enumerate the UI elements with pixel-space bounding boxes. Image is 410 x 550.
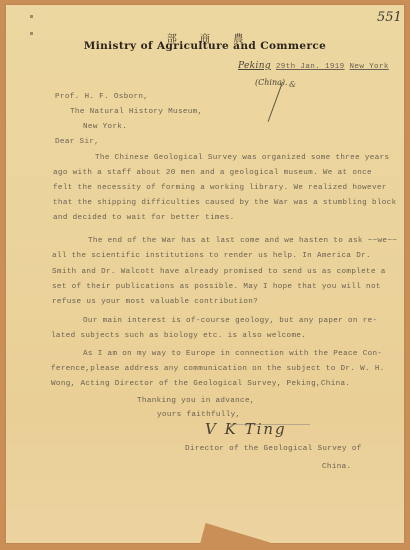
signature: V K Ting	[205, 420, 287, 438]
dateline-place-handwritten: Peking	[238, 61, 271, 71]
body-line: Wong, Acting Director of the Geological …	[51, 380, 350, 388]
body-line: ago with a staff about 20 men and a geol…	[53, 169, 372, 177]
recipient-name: Prof. H. F. Osborn,	[55, 93, 148, 101]
dateline-place-typed: New York	[350, 63, 389, 71]
punch-mark	[30, 15, 33, 18]
body-line: lated subjects such as biology etc. is a…	[51, 332, 306, 340]
letterhead-title: Ministry of Agriculture and Commerce	[0, 40, 410, 52]
body-line: ference,please address any communication…	[51, 365, 385, 373]
body-line: Smith and Dr. Walcott have already promi…	[52, 268, 386, 276]
body-line: refuse us your most valuable contributio…	[52, 298, 258, 306]
body-line: As I am on my way to Europe in connectio…	[83, 350, 382, 358]
salutation: Dear Sir,	[55, 138, 99, 146]
signatory-title: Director of the Geological Survey of	[185, 445, 362, 453]
closing-thanks: Thanking you in advance,	[137, 397, 255, 405]
dateline-date: 29th Jan. 1919	[276, 63, 345, 71]
recipient-institution: The Natural History Museum,	[70, 108, 203, 116]
body-line: and decided to wait for better times.	[53, 214, 235, 222]
body-line: The end of the War has at last come and …	[88, 237, 397, 245]
body-line: that the shipping difficulties caused by…	[53, 199, 397, 207]
closing-valediction: yours faithfully,	[157, 411, 240, 419]
body-line: set of their publications as possible. M…	[52, 283, 381, 291]
body-line: all the scientific institutions to rende…	[52, 252, 371, 260]
body-line: felt the necessity of forming a working …	[53, 184, 387, 192]
body-line: Our main interest is of-course geology, …	[83, 317, 377, 325]
signatory-title-country: China.	[322, 463, 351, 471]
dateline: Peking 29th Jan. 1919 New York	[238, 61, 389, 71]
body-line: The Chinese Geological Survey was organi…	[95, 154, 389, 162]
recipient-city: New York.	[83, 123, 127, 131]
pencil-annotation: &	[289, 80, 296, 89]
page-number: 551	[377, 10, 402, 25]
